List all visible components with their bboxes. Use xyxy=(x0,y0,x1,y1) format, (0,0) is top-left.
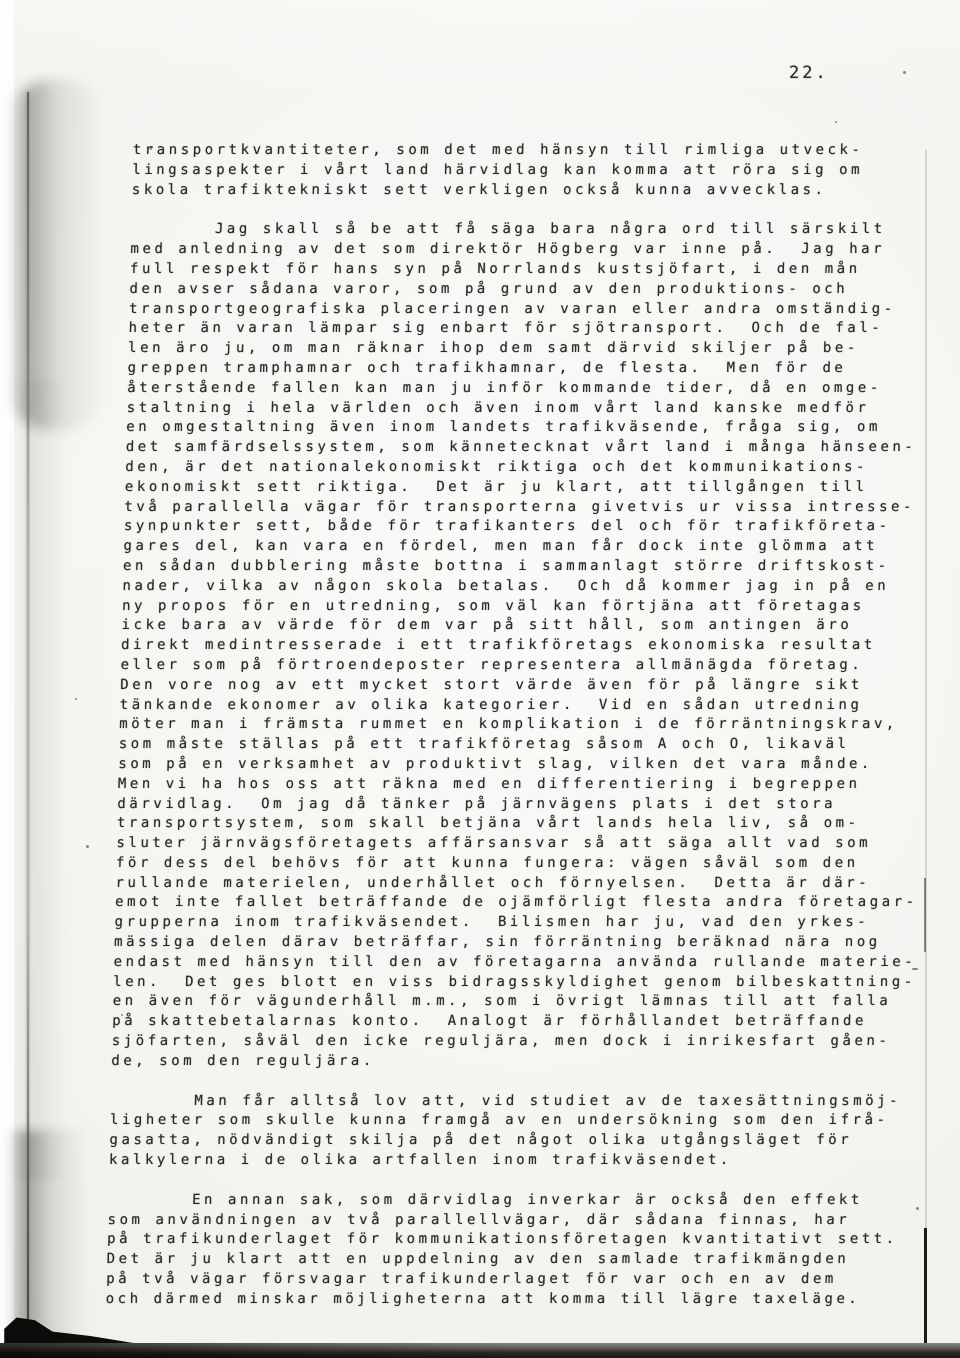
text-line: lingsaspekter i vårt land härvidlag kan … xyxy=(132,161,960,181)
dust-speck xyxy=(835,121,837,123)
text-line: En annan sak, som därvidlag inverkar är … xyxy=(108,1191,938,1211)
text-line: full respekt för hans syn på Norrlands k… xyxy=(130,260,960,280)
text-line: en omgestaltning även inom landets trafi… xyxy=(126,418,956,438)
text-line: Men vi ha hos oss att räkna med en diffe… xyxy=(118,775,948,795)
text-line: gares del, kan vara en fördel, men man f… xyxy=(123,537,953,557)
text-line: heter än varan lämpar sig enbart för sjö… xyxy=(128,319,958,339)
text-line: de, som den reguljära. xyxy=(111,1052,941,1072)
dust-speck xyxy=(903,71,906,74)
text-line: den, är det nationalekonomiskt riktiga o… xyxy=(125,458,955,478)
text-line: synpunkter sett, både för trafikanters d… xyxy=(124,517,954,537)
text-line: transportgeografiska placeringen av vara… xyxy=(129,300,959,320)
text-line: gasatta, nödvändigt skilja på det något … xyxy=(109,1131,939,1151)
text-line: en även för vägunderhåll m.m., som i övr… xyxy=(112,992,942,1012)
text-line: två parallella vägar för transporterna g… xyxy=(124,498,954,518)
text-line: Den vore nog av ett mycket stort värde ä… xyxy=(120,676,950,696)
paragraph: En annan sak, som därvidlag inverkar är … xyxy=(105,1191,938,1310)
text-line: mässiga delen därav beträffar, sin förrä… xyxy=(114,933,944,953)
dust-speck xyxy=(75,698,77,700)
text-line: på skattebetalarnas konto. Analogt är fö… xyxy=(112,1012,942,1032)
text-line: som på en verksamhet av produktivt slag,… xyxy=(118,755,948,775)
text-line: endast med hänsyn till den av företagarn… xyxy=(113,953,943,973)
text-line: staltning i hela världen och även inom v… xyxy=(126,399,956,419)
document-text: transportkvantiteter, som det med hänsyn… xyxy=(105,141,960,1310)
text-line: den avser sådana varor, som på grund av … xyxy=(129,280,959,300)
text-line: ekonomiskt sett riktiga. Det är ju klart… xyxy=(125,478,955,498)
text-line: Man får alltså lov att, vid studiet av d… xyxy=(110,1092,940,1112)
text-line: nader, vilka av någon skola betalas. Och… xyxy=(122,577,952,597)
text-line: len. Det ges blott en viss bidragsskyldi… xyxy=(113,973,943,993)
scan-left-shadow-bottom xyxy=(8,1130,88,1345)
text-line: möter man i främsta rummet en komplikati… xyxy=(119,715,949,735)
text-line: kalkylerna i de olika artfallen inom tra… xyxy=(109,1151,939,1171)
text-line: tänkande ekonomer av olika kategorier. V… xyxy=(119,696,949,716)
scan-left-shadow-top xyxy=(10,80,105,430)
text-line: ligheter som skulle kunna framgå av en u… xyxy=(110,1111,940,1131)
text-line: för dess del behövs för att kunna funger… xyxy=(116,854,946,874)
text-line: rullande materielen, underhållet och för… xyxy=(115,874,945,894)
text-line: sjöfarten, såväl den icke reguljära, men… xyxy=(112,1032,942,1052)
text-line: Jag skall så be att få säga bara några o… xyxy=(131,220,960,240)
text-line: på trafikunderlaget för kommunikationsfö… xyxy=(107,1230,937,1250)
text-line: återstående fallen kan man ju inför komm… xyxy=(127,379,957,399)
text-line: som måste ställas på ett trafikföretag s… xyxy=(119,735,949,755)
scan-left-shadow-middle xyxy=(14,380,69,1180)
text-line: sluter järnvägsföretagets affärsansvar s… xyxy=(116,834,946,854)
paragraph: Man får alltså lov att, vid studiet av d… xyxy=(109,1092,941,1171)
text-line: och därmed minskar möjligheterna att kom… xyxy=(105,1290,935,1310)
text-line: som användningen av två parallellvägar, … xyxy=(107,1211,937,1231)
text-line: en sådan dubblering måste bottna i samma… xyxy=(123,557,953,577)
text-line: Det är ju klart att en uppdelning av den… xyxy=(106,1250,936,1270)
scan-crease-line xyxy=(27,92,29,1344)
text-line: med anledning av det som direktör Högber… xyxy=(130,240,960,260)
text-line: på två vägar försvagar trafikunderlaget … xyxy=(106,1270,936,1290)
text-line: ny propos för en utredning, som väl kan … xyxy=(122,597,952,617)
text-line: len äro ju, om man räknar ihop dem samt … xyxy=(128,339,958,359)
text-line: direkt medintresserade i ett trafikföret… xyxy=(121,636,951,656)
text-line: därvidlag. Om jag då tänker på järnvägen… xyxy=(117,795,947,815)
page-number: 22. xyxy=(789,63,829,83)
text-line: transportkvantiteter, som det med hänsyn… xyxy=(133,141,960,161)
text-line: icke bara av värde för dem var på sitt h… xyxy=(121,616,951,636)
text-line: skola trafiktekniskt sett verkligen ocks… xyxy=(132,181,960,201)
text-line: transportsystem, som skall betjäna vårt … xyxy=(117,814,947,834)
text-line: greppen tramphamnar och trafikhamnar, de… xyxy=(127,359,957,379)
scanned-page: 22. transportkvantiteter, som det med hä… xyxy=(0,0,960,1358)
paragraph: Jag skall så be att få säga bara några o… xyxy=(111,220,960,1071)
text-line: eller som på förtroendeposter represente… xyxy=(120,656,950,676)
paragraph: transportkvantiteter, som det med hänsyn… xyxy=(132,141,960,200)
dust-speck xyxy=(86,845,89,848)
text-line: grupperna inom trafikväsendet. Bilismen … xyxy=(114,913,944,933)
scan-bottom-edge xyxy=(0,1343,960,1358)
text-line: emot inte fallet beträffande de ojämförl… xyxy=(115,893,945,913)
text-line: det samfärdselssystem, som kännetecknat … xyxy=(126,438,956,458)
